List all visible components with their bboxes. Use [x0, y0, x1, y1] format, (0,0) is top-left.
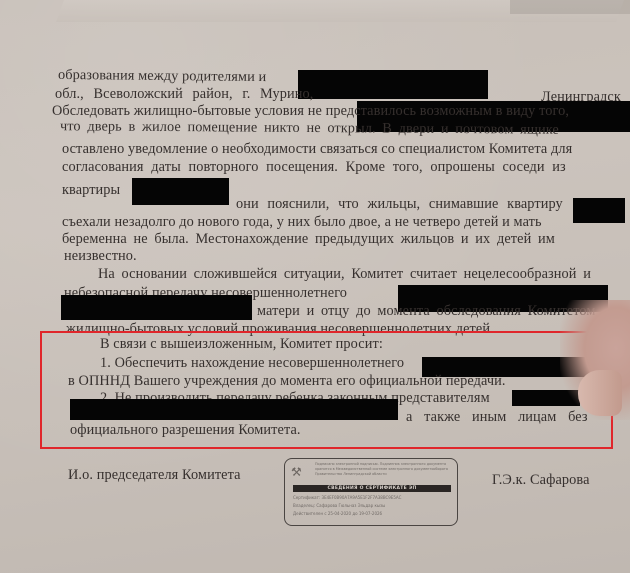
text-line: 1. Обеспечить нахождение несовершеннолет… — [100, 355, 404, 371]
stamp-validity: Действителен с 25-04-2020 до 19-07-2026 — [293, 511, 382, 517]
signatory-position: И.о. председателя Комитета — [68, 467, 241, 483]
text-line: съехали незадолго до нового года, у них … — [62, 214, 542, 230]
text-line: Обследовать жилищно-бытовые условия не п… — [52, 103, 569, 119]
text-line: В связи с вышеизложенным, Комитет просит… — [100, 336, 383, 352]
coat-of-arms-icon: ⚒ — [291, 465, 309, 479]
stamp-description: Подписано электронной подписью. Подлинни… — [315, 462, 453, 477]
signatory-name: Г.Э.к. Сафарова — [492, 472, 590, 488]
finger-overlay — [578, 370, 622, 416]
background-edge — [510, 0, 630, 14]
text-line: они пояснили, что жильцы, снимавшие квар… — [236, 196, 563, 212]
e-signature-stamp: ⚒ Подписано электронной подписью. Подлин… — [284, 458, 458, 526]
redaction-block — [573, 198, 625, 223]
text-line: в ОПННД Вашего учреждения до момента его… — [68, 373, 506, 389]
stamp-header: СВЕДЕНИЯ О СЕРТИФИКАТЕ ЭП — [293, 485, 451, 492]
stamp-owner: Владелец: Сафарова Гюльназ Эльдар кызы — [293, 503, 385, 509]
text-line: На основании сложившейся ситуации, Комит… — [98, 266, 591, 282]
text-line: неизвестно. — [64, 248, 137, 264]
text-line: согласования даты повторного посещения. … — [62, 159, 566, 175]
redaction-block — [61, 295, 252, 320]
text-line: что дверь в жилое помещение никто не отк… — [60, 118, 559, 137]
text-line: беременна не была. Местонахождение преды… — [62, 231, 555, 247]
text-line: оставлено уведомление о необходимости св… — [62, 141, 572, 157]
redaction-block — [70, 399, 398, 420]
text-line: образования между родителями и — [58, 67, 266, 85]
document-page: образования между родителями и обл., Все… — [0, 0, 630, 573]
text-line: обл., Всеволожский район, г. Мурино, — [55, 86, 313, 102]
text-line: квартиры — [62, 182, 120, 198]
stamp-certificate: Сертификат: 3E4EF0B90A7A9A5E1F2F7A38BC9E… — [293, 495, 401, 501]
redaction-block — [132, 178, 229, 205]
redaction-block — [298, 70, 488, 99]
text-line: официального разрешения Комитета. — [70, 422, 301, 438]
text-line: матери и отцу до момента обследования Ко… — [257, 303, 596, 319]
